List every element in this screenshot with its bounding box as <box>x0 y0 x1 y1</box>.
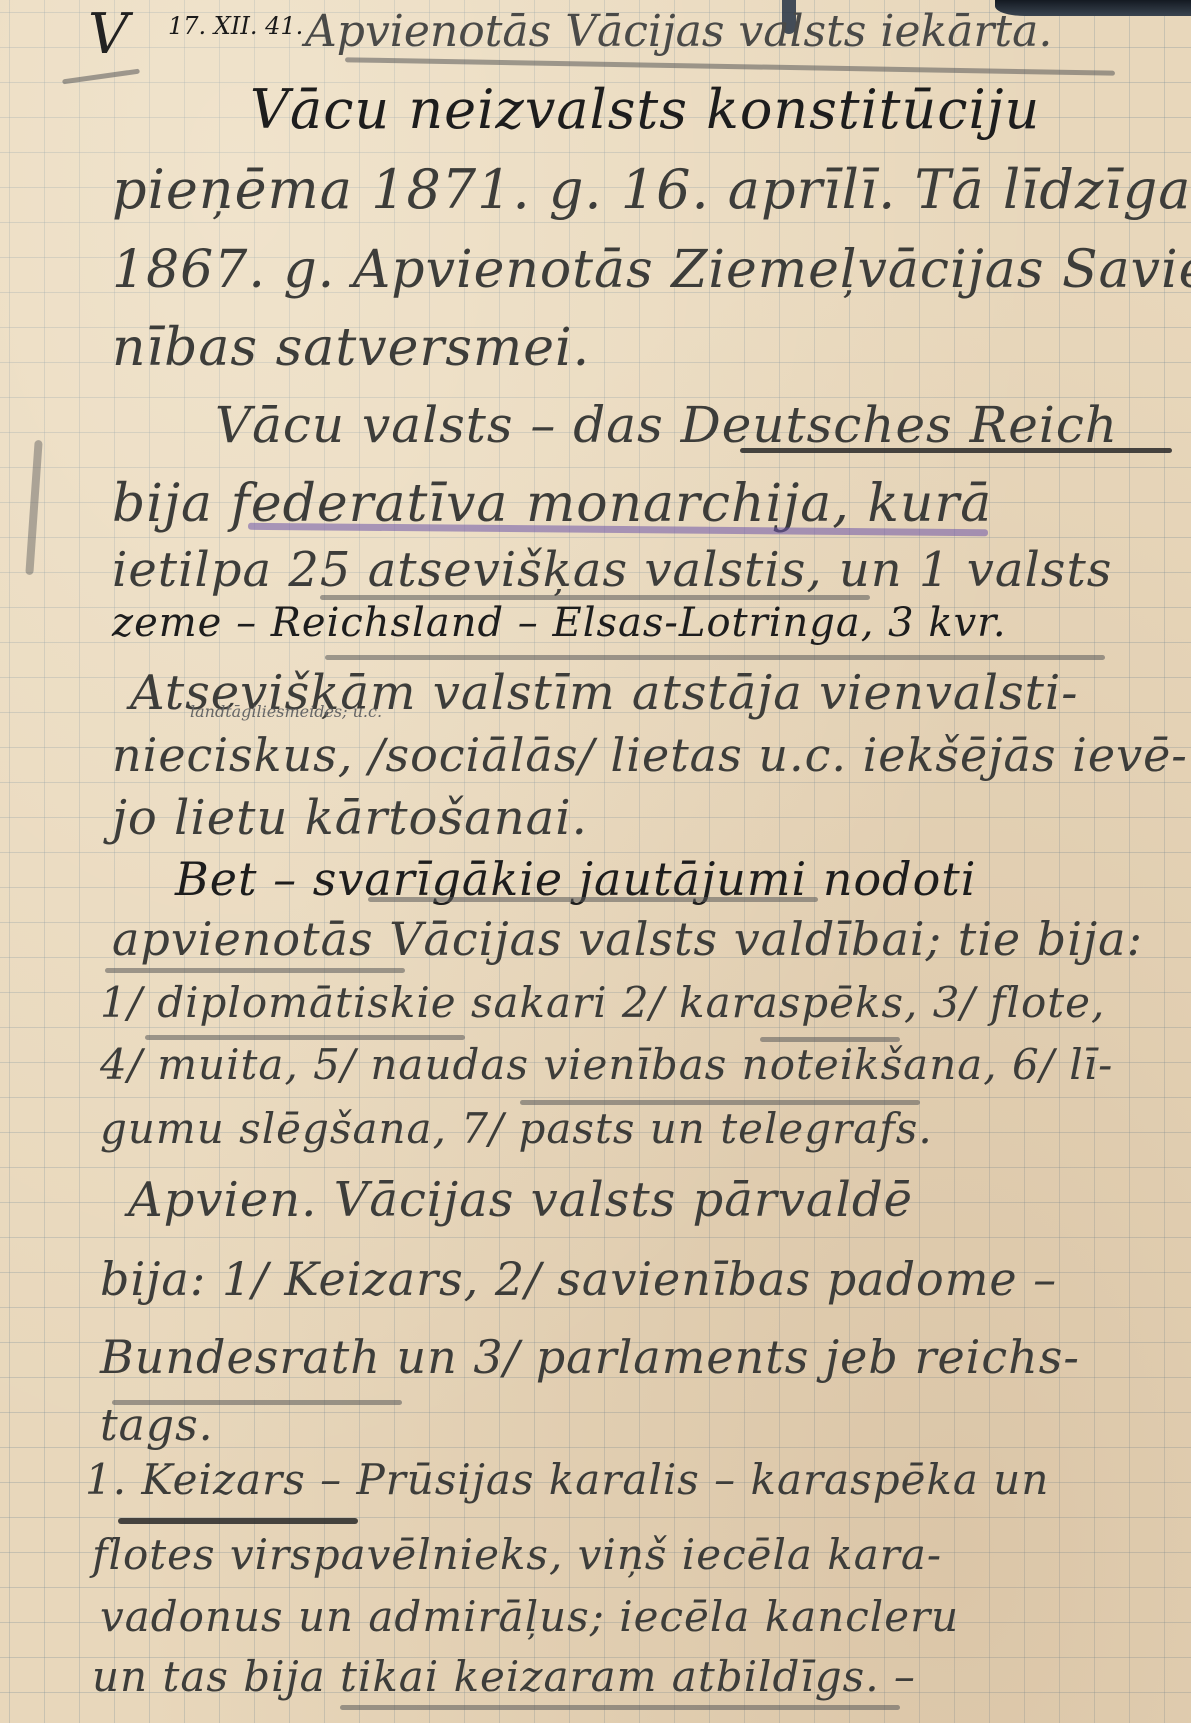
chapter-underline <box>62 69 140 85</box>
text-line: pieņēma 1871. g. 16. aprīlī. Tā līdzīga <box>112 158 1191 221</box>
text-line: flotes virspavēlnieks, viņš iecēla kara- <box>92 1530 942 1579</box>
text-line: ietilpa 25 atsevišķas valstis, un 1 vals… <box>112 542 1112 598</box>
text-line: Apvien. Vācijas valsts pārvaldē <box>128 1172 913 1228</box>
text-line: 4/ muita, 5/ naudas vienības noteikšana,… <box>100 1040 1113 1089</box>
underline-keizars <box>118 1518 358 1524</box>
text-line: vadonus un admirāļus; iecēla kancleru <box>100 1592 959 1641</box>
page-title: Apvienotās Vācijas valsts iekārta. <box>305 6 1052 57</box>
text-line: bija: 1/ Keizars, 2/ savienības padome – <box>100 1252 1057 1306</box>
chapter-number: V <box>88 2 128 67</box>
text-line: jo lietu kārtošanai. <box>112 790 588 846</box>
text-line: zeme – Reichsland – Elsas-Lotringa, 3 kv… <box>112 600 1007 646</box>
underline-grey <box>325 655 1105 660</box>
text-line: 1/ diplomātiskie sakari 2/ karaspēks, 3/… <box>100 978 1105 1027</box>
title-underline <box>345 57 1115 75</box>
margin-pencil-mark <box>25 440 42 575</box>
underline-grey <box>340 1705 900 1710</box>
underline-grey <box>368 897 818 902</box>
text-line: 1. Keizars – Prūsijas karalis – karaspēk… <box>85 1455 1049 1504</box>
text-line: apvienotās Vācijas valsts valdībai; tie … <box>112 912 1143 966</box>
text-line: 1867. g. Apvienotās Ziemeļvācijas Savie- <box>112 240 1191 300</box>
text-line: nieciskus, /sociālās/ lietas u.c. iekšēj… <box>112 728 1188 782</box>
underline-deutsches-reich <box>740 448 1172 453</box>
text-line: Vācu valsts – das Deutsches Reich <box>215 396 1118 454</box>
text-line: Vācu neizvalsts konstitūciju <box>250 78 1040 141</box>
date: 17. XII. 41. <box>168 12 303 40</box>
underline-grey <box>105 968 405 973</box>
text-line: gumu slēgšana, 7/ pasts un telegrafs. <box>100 1104 933 1153</box>
text-line: tags. <box>100 1400 214 1451</box>
manuscript-page: V 17. XII. 41. Apvienotās Vācijas valsts… <box>0 0 1191 1723</box>
text-line: un tas bija tikai keizaram atbildīgs. – <box>92 1652 916 1701</box>
text-line: Bundesrath un 3/ parlaments jeb reichs- <box>100 1330 1080 1384</box>
text-line: nības satversmei. <box>112 318 590 378</box>
interlinear-note: landtāgiliesmeides; u.c. <box>190 702 382 721</box>
